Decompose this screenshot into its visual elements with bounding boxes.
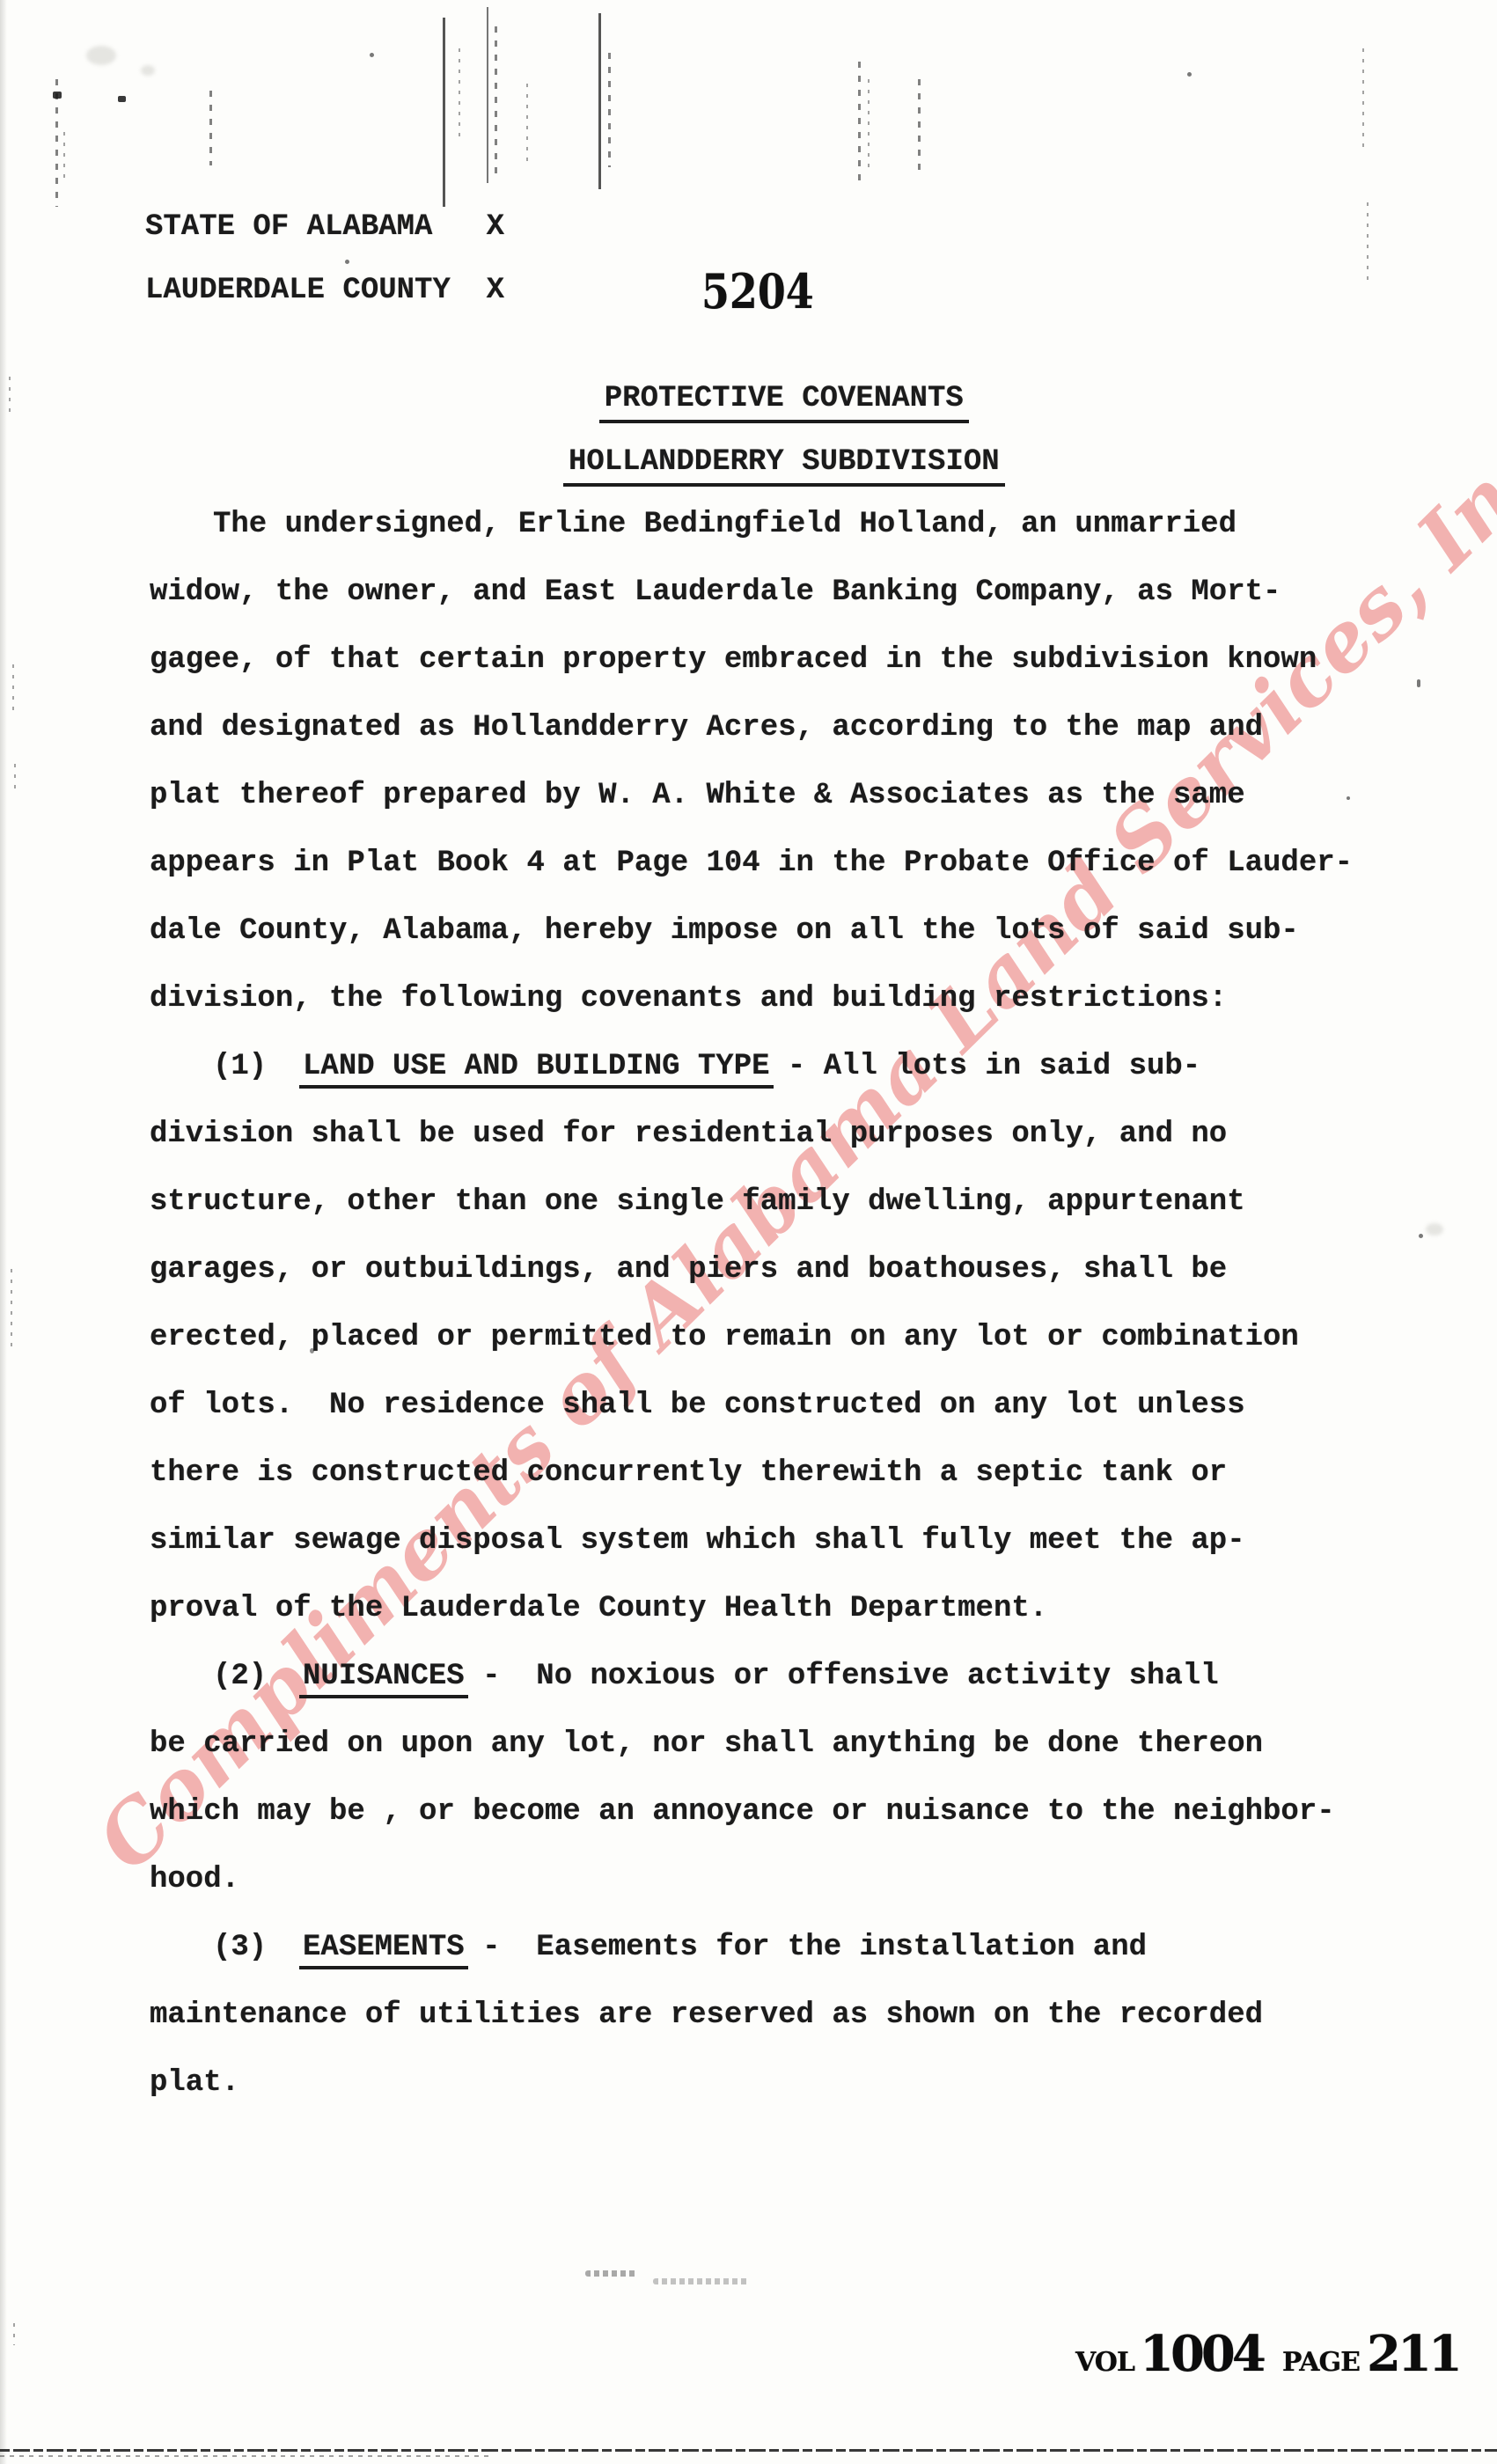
text-segment: plat. <box>150 2066 239 2100</box>
page-label: PAGE <box>1282 2347 1360 2378</box>
state-of-alabama-line: STATE OF ALABAMA X <box>145 208 504 246</box>
scan-bottom-line <box>0 2455 493 2457</box>
text-segment: dale County, Alabama, hereby impose on a… <box>150 914 1299 948</box>
scan-artifact <box>118 96 126 102</box>
text-line: plat. <box>150 2050 1417 2117</box>
title-sub-text: HOLLANDDERRY SUBDIVISION <box>563 444 1005 487</box>
scan-artifact <box>11 1269 12 1353</box>
text-segment: and designated as Hollandderry Acres, ac… <box>150 711 1263 744</box>
text-line: division, the following covenants and bu… <box>150 965 1417 1033</box>
text-line: The undersigned, Erline Bedingfield Holl… <box>150 491 1417 559</box>
text-segment: (1) <box>213 1050 303 1083</box>
text-segment: division shall be used for residential p… <box>150 1118 1227 1151</box>
scan-artifact <box>1417 679 1420 687</box>
scan-artifact <box>9 377 11 412</box>
scan-artifact <box>918 79 921 172</box>
scan-artifact <box>86 46 116 65</box>
text-line: (1) LAND USE AND BUILDING TYPE - All lot… <box>150 1033 1417 1101</box>
text-segment: hood. <box>150 1863 239 1896</box>
underlined-heading: NUISANCES <box>299 1659 468 1698</box>
covenant-body-text: The undersigned, Erline Bedingfield Holl… <box>150 491 1417 2117</box>
text-line: gagee, of that certain property embraced… <box>150 627 1417 694</box>
text-line: widow, the owner, and East Lauderdale Ba… <box>150 559 1417 627</box>
scan-artifact <box>608 53 611 167</box>
text-segment: division, the following covenants and bu… <box>150 982 1227 1016</box>
text-segment: structure, other than one single family … <box>150 1185 1245 1219</box>
text-line: maintenance of utilities are reserved as… <box>150 1982 1417 2050</box>
scan-edge-shadow <box>0 0 7 2464</box>
text-segment: - No noxious or offensive activity shall <box>465 1660 1219 1693</box>
text-line: structure, other than one single family … <box>150 1169 1417 1236</box>
scan-artifact <box>598 13 601 189</box>
scan-artifact <box>209 91 212 165</box>
scan-artifact <box>526 84 528 163</box>
text-segment: garages, or outbuildings, and piers and … <box>150 1253 1227 1287</box>
text-segment: similar sewage disposal system which sha… <box>150 1524 1245 1558</box>
scan-artifact <box>858 62 861 185</box>
text-line: hood. <box>150 1846 1417 1914</box>
scan-artifact <box>63 132 65 185</box>
text-segment: maintenance of utilities are reserved as… <box>150 1998 1263 2032</box>
text-segment: - All lots in said sub- <box>770 1050 1201 1083</box>
scan-artifact <box>459 48 460 136</box>
scan-artifact <box>53 92 62 99</box>
text-line: (3) EASEMENTS - Easements for the instal… <box>150 1914 1417 1982</box>
scan-artifact <box>487 7 488 183</box>
scan-bottom-line <box>0 2449 1497 2452</box>
text-segment: there is constructed concurrently therew… <box>150 1456 1227 1490</box>
text-line: which may be , or become an annoyance or… <box>150 1778 1417 1846</box>
text-segment: be carried on upon any lot, nor shall an… <box>150 1727 1263 1761</box>
scanned-document-page: Compliments of Alabama Land Services, In… <box>0 0 1497 2464</box>
vol-page-stamp: VOL 1004 PAGE 211 <box>1075 2325 1459 2383</box>
scan-artifact <box>868 79 870 167</box>
scan-artifact <box>1367 202 1369 282</box>
scan-artifact <box>1419 1234 1423 1238</box>
text-segment: The undersigned, Erline Bedingfield Holl… <box>213 508 1236 541</box>
text-segment: - Easements for the installation and <box>465 1931 1147 1964</box>
text-line: similar sewage disposal system which sha… <box>150 1507 1417 1575</box>
lauderdale-county-line: LAUDERDALE COUNTY X <box>145 271 504 310</box>
text-line: erected, placed or permitted to remain o… <box>150 1304 1417 1372</box>
text-segment: plat thereof prepared by W. A. White & A… <box>150 779 1245 812</box>
text-segment: (3) <box>213 1931 303 1964</box>
text-line: and designated as Hollandderry Acres, ac… <box>150 694 1417 762</box>
text-line: appears in Plat Book 4 at Page 104 in th… <box>150 830 1417 898</box>
scan-artifact <box>13 2323 15 2345</box>
underlined-heading: EASEMENTS <box>299 1930 468 1969</box>
scan-artifact <box>55 79 58 207</box>
document-number: 5204 <box>701 263 814 319</box>
scan-artifact <box>345 260 349 264</box>
text-segment: gagee, of that certain property embraced… <box>150 643 1317 677</box>
scan-artifact <box>1187 72 1192 77</box>
underlined-heading: LAND USE AND BUILDING TYPE <box>299 1049 774 1089</box>
text-segment: (2) <box>213 1660 303 1693</box>
text-line: division shall be used for residential p… <box>150 1101 1417 1169</box>
scan-artifact <box>443 18 445 207</box>
text-line: proval of the Lauderdale County Health D… <box>150 1575 1417 1643</box>
text-line: there is constructed concurrently therew… <box>150 1440 1417 1507</box>
vol-number: 1004 <box>1140 2325 1263 2383</box>
scan-artifact <box>370 53 374 57</box>
scan-artifact <box>12 664 14 717</box>
scan-artifact <box>653 2278 750 2284</box>
text-segment: which may be , or become an annoyance or… <box>150 1795 1335 1829</box>
text-segment: appears in Plat Book 4 at Page 104 in th… <box>150 847 1353 880</box>
text-segment: of lots. No residence shall be construct… <box>150 1389 1245 1422</box>
text-line: dale County, Alabama, hereby impose on a… <box>150 898 1417 965</box>
text-line: plat thereof prepared by W. A. White & A… <box>150 762 1417 830</box>
scan-artifact <box>585 2270 638 2277</box>
text-segment: widow, the owner, and East Lauderdale Ba… <box>150 576 1281 609</box>
scan-artifact <box>14 764 16 790</box>
text-segment: proval of the Lauderdale County Health D… <box>150 1592 1047 1625</box>
text-line: garages, or outbuildings, and piers and … <box>150 1236 1417 1304</box>
text-line: of lots. No residence shall be construct… <box>150 1372 1417 1440</box>
scan-artifact <box>141 65 155 76</box>
scan-artifact <box>1362 48 1364 154</box>
vol-label: VOL <box>1075 2347 1134 2378</box>
scan-artifact <box>495 26 497 176</box>
page-number: 211 <box>1367 2325 1459 2383</box>
text-line: be carried on upon any lot, nor shall an… <box>150 1711 1417 1778</box>
scan-artifact <box>1426 1223 1443 1236</box>
text-segment: erected, placed or permitted to remain o… <box>150 1321 1299 1354</box>
text-line: (2) NUISANCES - No noxious or offensive … <box>150 1643 1417 1711</box>
